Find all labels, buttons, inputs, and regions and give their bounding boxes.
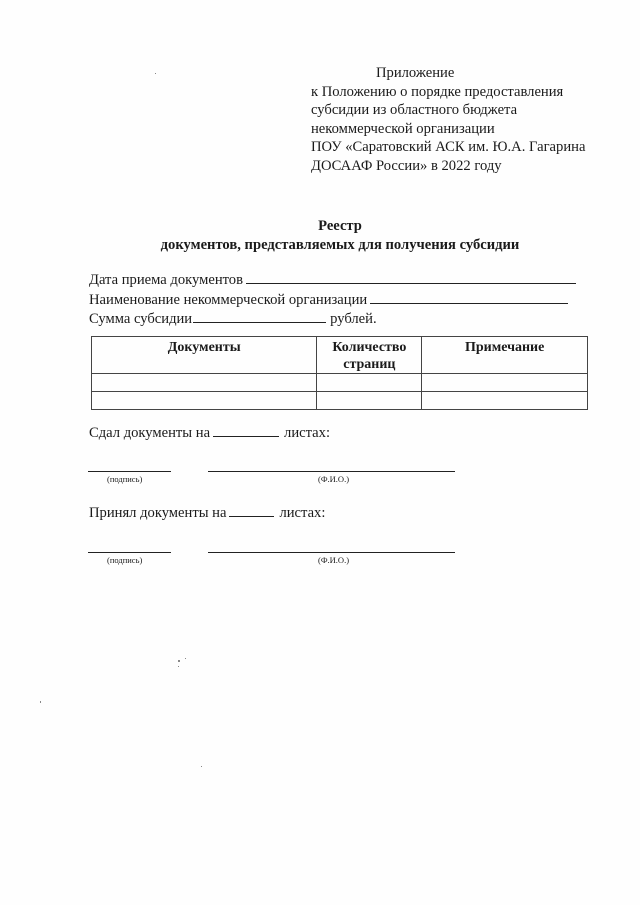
document-page: Приложение к Положению о порядке предост… [0, 0, 640, 905]
sum-field-row: Сумма субсидии рублей. [89, 309, 576, 329]
sum-suffix: рублей. [330, 310, 377, 329]
date-field-row: Дата приема документов [89, 270, 576, 290]
received-suffix: листах: [279, 505, 325, 522]
appendix-line: ДОСААФ России» в 2022 году [311, 157, 631, 176]
handed-over-prefix: Сдал документы на [89, 425, 210, 442]
handed-over-suffix: листах: [284, 425, 330, 442]
handed-over-section: Сдал документы на листах: [89, 423, 330, 442]
received-signature-caption: (подпись) [107, 555, 142, 565]
table-row [92, 374, 588, 392]
header-notes: Примечание [422, 337, 588, 374]
cell-pages[interactable] [317, 374, 422, 392]
handed-over-signature-line[interactable] [88, 471, 171, 472]
org-label: Наименование некоммерческой организации [89, 291, 367, 310]
header-documents: Документы [92, 337, 317, 374]
scan-speck [40, 701, 41, 703]
cell-notes[interactable] [422, 392, 588, 410]
cell-pages[interactable] [317, 392, 422, 410]
title-line-2: документов, представляемых для получения… [80, 236, 600, 255]
org-blank-field[interactable] [370, 290, 568, 304]
received-section: Принял документы на листах: [89, 503, 325, 522]
appendix-line: ПОУ «Саратовский АСК им. Ю.А. Гагарина [311, 138, 631, 157]
cell-documents[interactable] [92, 374, 317, 392]
received-statement: Принял документы на листах: [89, 503, 325, 522]
scan-speck [178, 666, 179, 667]
document-title: Реестр документов, представляемых для по… [80, 217, 600, 255]
scan-speck [201, 766, 202, 767]
handed-over-signature-caption: (подпись) [107, 474, 142, 484]
handed-over-name-line[interactable] [208, 471, 455, 472]
received-sheets-field[interactable] [229, 503, 274, 517]
date-label: Дата приема документов [89, 271, 243, 290]
received-name-caption: (Ф.И.О.) [318, 555, 349, 565]
table-row [92, 392, 588, 410]
appendix-line: к Положению о порядке предоставления [311, 83, 631, 102]
handed-over-statement: Сдал документы на листах: [89, 423, 330, 442]
received-name-line[interactable] [208, 552, 455, 553]
table-header-row: Документы Количество страниц Примечание [92, 337, 588, 374]
scan-speck [178, 660, 180, 662]
form-fields: Дата приема документов Наименование неко… [89, 270, 576, 329]
cell-documents[interactable] [92, 392, 317, 410]
org-field-row: Наименование некоммерческой организации [89, 290, 576, 310]
cell-notes[interactable] [422, 374, 588, 392]
documents-table: Документы Количество страниц Примечание [91, 336, 588, 410]
handed-over-sheets-field[interactable] [213, 423, 279, 437]
handed-over-name-caption: (Ф.И.О.) [318, 474, 349, 484]
header-pages-line-1: Количество [317, 339, 421, 356]
appendix-title: Приложение [311, 64, 631, 83]
appendix-block: Приложение к Положению о порядке предост… [311, 64, 631, 176]
received-prefix: Принял документы на [89, 505, 226, 522]
received-signature-line[interactable] [88, 552, 171, 553]
sum-blank-field[interactable] [193, 309, 326, 323]
title-line-1: Реестр [80, 217, 600, 236]
date-blank-field[interactable] [246, 270, 576, 284]
scan-speck [185, 658, 186, 659]
sum-label: Сумма субсидии [89, 310, 192, 329]
appendix-line: субсидии из областного бюджета [311, 101, 631, 120]
header-pages-line-2: страниц [317, 356, 421, 373]
scan-speck [155, 73, 156, 74]
header-pages: Количество страниц [317, 337, 422, 374]
appendix-line: некоммерческой организации [311, 120, 631, 139]
